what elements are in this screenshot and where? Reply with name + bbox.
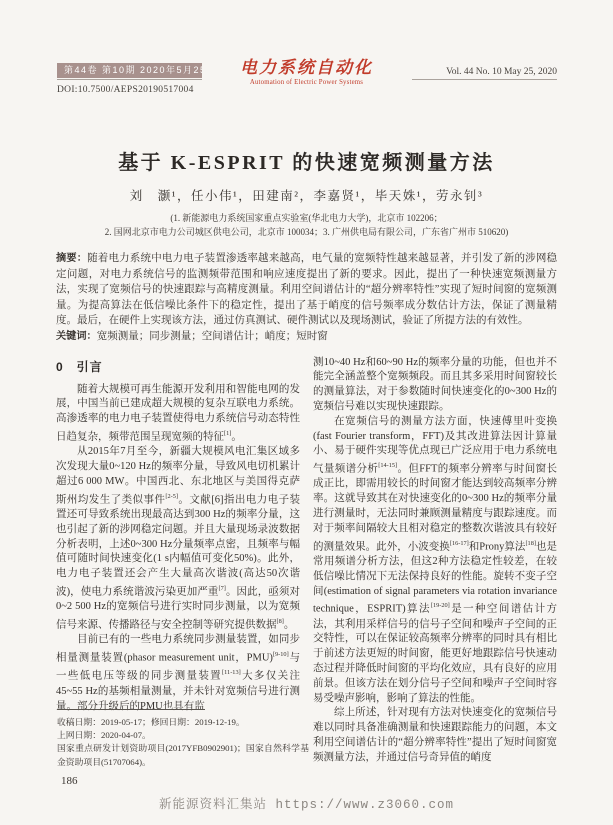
left-column: 0 引言 随着大规模可再生能源开发利用和智能电网的发展，中国当前已建成超大规模的…: [56, 356, 300, 766]
front-matter: 基于 K-ESPRIT 的快速宽频测量方法 刘 灏¹，任小伟¹，田建南²，李嘉贤…: [0, 146, 613, 345]
section-heading-introduction: 0 引言: [56, 358, 300, 375]
article-title: 基于 K-ESPRIT 的快速宽频测量方法: [56, 146, 557, 175]
abstract-block: 摘要：随着电力系统中电力电子装置渗透率越来越高，电气量的宽频特性越来越显著，并引…: [56, 251, 557, 345]
keywords: 关键词：宽频测量；同步测量；空间谱估计；峭度；短时窗: [56, 329, 557, 345]
abstract: 摘要：随着电力系统中电力电子装置渗透率越来越高，电气量的宽频特性越来越显著，并引…: [56, 251, 557, 329]
footnote-block: 收稿日期：2019-05-17；修回日期：2019-12-19。上网日期：202…: [57, 709, 309, 769]
footnote-lines: 收稿日期：2019-05-17；修回日期：2019-12-19。上网日期：202…: [57, 716, 309, 769]
affiliation-line-1: (1. 新能源电力系统国家重点实验室(华北电力大学)，北京市 102206；: [56, 211, 557, 225]
page-number: 186: [61, 775, 78, 787]
authors-line: 刘 灏¹，任小伟¹，田建南²，李嘉贤¹，毕天姝¹，劳永钊³: [56, 186, 557, 204]
paragraph: 测10~40 Hz和60~90 Hz的频率分量的功能，但也并不能完全涵盖整个宽频…: [313, 356, 557, 415]
paragraph: 在宽频信号的测量方法方面，快速傅里叶变换(fast Fourier transf…: [313, 415, 557, 707]
watermark-text: 新能源资料汇集站 https://www.z3060.com: [0, 794, 613, 812]
journal-logo-block: 电力系统自动化 Automation of Electric Power Sys…: [202, 57, 412, 88]
affiliation-line-2: 2. 国网北京市电力公司城区供电公司，北京市 100034；3. 广州供电局有限…: [56, 225, 557, 239]
abstract-text: 随着电力系统中电力电子装置渗透率越来越高，电气量的宽频特性越来越显著，并引发了新…: [56, 253, 557, 326]
abstract-label: 摘要：: [56, 253, 87, 264]
paragraph: 从2015年7月至今，新疆大规模风电汇集区域多次发现大量0~120 Hz的频率分…: [56, 445, 300, 633]
footnote-line: 国家重点研发计划资助项目(2017YFB0902901)；国家自然科学基金资助项…: [57, 742, 309, 768]
keywords-text: 宽频测量；同步测量；空间谱估计；峭度；短时窗: [97, 331, 328, 342]
journal-logo-en: Automation of Electric Power Systems: [202, 78, 412, 88]
journal-header: 第44卷 第10期 2020年5月25日 DOI:10.7500/AEPS201…: [0, 0, 613, 100]
keywords-label: 关键词：: [56, 331, 97, 342]
affiliations: (1. 新能源电力系统国家重点实验室(华北电力大学)，北京市 102206； 2…: [56, 211, 557, 239]
footnote-line: 上网日期：2020-04-07。: [57, 729, 309, 742]
journal-logo-cn: 电力系统自动化: [202, 57, 412, 78]
footnote-line: 收稿日期：2019-05-17；修回日期：2019-12-19。: [57, 716, 309, 729]
paragraph: 随着大规模可再生能源开发利用和智能电网的发展，中国当前已建成超大规模的复杂互联电…: [56, 383, 300, 446]
right-column-paragraphs: 测10~40 Hz和60~90 Hz的频率分量的功能，但也并不能完全涵盖整个宽频…: [313, 356, 557, 766]
two-column-body: 0 引言 随着大规模可再生能源开发利用和智能电网的发展，中国当前已建成超大规模的…: [0, 356, 613, 766]
right-column: 测10~40 Hz和60~90 Hz的频率分量的功能，但也并不能完全涵盖整个宽频…: [313, 356, 557, 766]
left-column-paragraphs: 随着大规模可再生能源开发利用和智能电网的发展，中国当前已建成超大规模的复杂互联电…: [56, 383, 300, 715]
doi-text: DOI:10.7500/AEPS20190517004: [57, 85, 194, 95]
paragraph: 综上所述，针对现有方法对快速变化的宽频信号难以同时具备准确测量和快速跟踪能力的问…: [313, 706, 557, 765]
journal-page: 第44卷 第10期 2020年5月25日 DOI:10.7500/AEPS201…: [0, 0, 613, 825]
issue-badge: 第44卷 第10期 2020年5月25日: [57, 63, 224, 78]
volume-info: Vol. 44 No. 10 May 25, 2020: [446, 67, 557, 77]
paragraph: 目前已有的一些电力系统同步测量装置，如同步相量测量装置(phasor measu…: [56, 633, 300, 714]
footnote-rule: [57, 709, 205, 710]
